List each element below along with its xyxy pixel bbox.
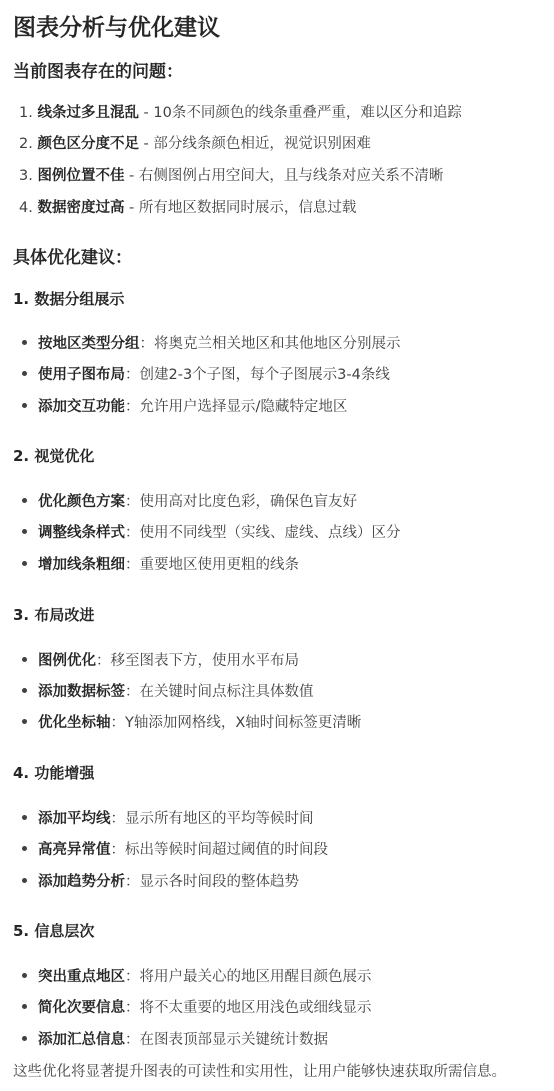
suggestion-title: 添加趋势分析 [38, 874, 125, 890]
suggestion-title: 使用子图布局 [38, 367, 125, 383]
suggestion-desc: ：将奥克兰相关地区和其他地区分别展示 [140, 336, 401, 352]
problem-desc: - 右侧图例占用空间大，且与线条对应关系不清晰 [124, 168, 443, 184]
problem-item: 4. 数据密度过高 - 所有地区数据同时展示，信息过载 [19, 197, 356, 219]
suggestion-desc: ：在图表顶部显示关键统计数据 [125, 1032, 328, 1048]
section-heading: 3. 布局改进 [13, 604, 94, 626]
suggestion-item: 添加数据标签：在关键时间点标注具体数值 [19, 681, 314, 703]
closing-paragraph: 这些优化将显著提升图表的可读性和实用性，让用户能够快速获取所需信息。 [13, 1061, 506, 1083]
section-heading: 1. 数据分组展示 [13, 288, 124, 310]
problem-title: 数据密度过高 [37, 200, 124, 216]
suggestion-item: 添加趋势分析：显示各时间段的整体趋势 [19, 871, 299, 893]
suggestion-desc: ：创建2-3个子图，每个子图展示3-4条线 [125, 367, 390, 383]
bullet-icon [22, 340, 27, 345]
suggestion-item: 使用子图布局：创建2-3个子图，每个子图展示3-4条线 [19, 364, 390, 386]
suggestion-item: 按地区类型分组：将奥克兰相关地区和其他地区分别展示 [19, 333, 401, 355]
bullet-icon [22, 561, 27, 566]
suggestion-title: 调整线条样式 [38, 525, 125, 541]
section-heading: 4. 功能增强 [13, 762, 94, 784]
bullet-icon [22, 815, 27, 820]
suggestion-title: 优化坐标轴 [38, 715, 111, 731]
suggestion-desc: ：Y轴添加网格线，X轴时间标签更清晰 [111, 715, 362, 731]
bullet-icon [22, 719, 27, 724]
suggestion-item: 调整线条样式：使用不同线型（实线、虚线、点线）区分 [19, 522, 401, 544]
suggestion-title: 添加汇总信息 [38, 1032, 125, 1048]
problems-heading: 当前图表存在的问题： [13, 60, 183, 84]
suggestion-desc: ：使用高对比度色彩，确保色盲友好 [125, 494, 357, 510]
suggestion-item: 简化次要信息：将不太重要的地区用浅色或细线显示 [19, 997, 372, 1019]
suggestion-desc: ：标出等候时间超过阈值的时间段 [111, 842, 329, 858]
bullet-icon [22, 688, 27, 693]
suggestion-title: 图例优化 [38, 653, 96, 669]
bullet-icon [22, 1004, 27, 1009]
bullet-icon [22, 403, 27, 408]
bullet-icon [22, 657, 27, 662]
list-number: 4. [19, 200, 33, 216]
problem-desc: - 10条不同颜色的线条重叠严重，难以区分和追踪 [139, 105, 462, 121]
bullet-icon [22, 878, 27, 883]
suggestion-item: 添加交互功能：允许用户选择显示/隐藏特定地区 [19, 396, 347, 418]
bullet-icon [22, 498, 27, 503]
suggestion-item: 优化坐标轴：Y轴添加网格线，X轴时间标签更清晰 [19, 712, 361, 734]
suggestion-item: 高亮异常值：标出等候时间超过阈值的时间段 [19, 839, 328, 861]
problem-title: 颜色区分度不足 [37, 136, 139, 152]
list-number: 1. [19, 105, 33, 121]
suggestion-desc: ：将用户最关心的地区用醒目颜色展示 [125, 969, 372, 985]
suggestion-title: 按地区类型分组 [38, 336, 140, 352]
problem-item: 3. 图例位置不佳 - 右侧图例占用空间大，且与线条对应关系不清晰 [19, 165, 443, 187]
suggestion-title: 增加线条粗细 [38, 557, 125, 573]
suggestion-desc: ：重要地区使用更粗的线条 [125, 557, 299, 573]
suggestion-desc: ：在关键时间点标注具体数值 [125, 684, 314, 700]
bullet-icon [22, 1036, 27, 1041]
suggestion-title: 优化颜色方案 [38, 494, 125, 510]
suggestion-desc: ：使用不同线型（实线、虚线、点线）区分 [125, 525, 401, 541]
problem-title: 图例位置不佳 [37, 168, 124, 184]
suggestion-desc: ：允许用户选择显示/隐藏特定地区 [125, 399, 347, 415]
problem-item: 2. 颜色区分度不足 - 部分线条颜色相近，视觉识别困难 [19, 133, 371, 155]
problem-title: 线条过多且混乱 [37, 105, 139, 121]
suggestion-item: 突出重点地区：将用户最关心的地区用醒目颜色展示 [19, 966, 372, 988]
suggestion-title: 添加交互功能 [38, 399, 125, 415]
problem-desc: - 部分线条颜色相近，视觉识别困难 [139, 136, 371, 152]
suggestion-desc: ：显示各时间段的整体趋势 [125, 874, 299, 890]
suggestion-title: 突出重点地区 [38, 969, 125, 985]
section-heading: 2. 视觉优化 [13, 445, 94, 467]
list-number: 3. [19, 168, 33, 184]
section-heading: 5. 信息层次 [13, 920, 94, 942]
suggestion-title: 高亮异常值 [38, 842, 111, 858]
suggestion-desc: ：将不太重要的地区用浅色或细线显示 [125, 1000, 372, 1016]
bullet-icon [22, 973, 27, 978]
suggestion-item: 添加平均线：显示所有地区的平均等候时间 [19, 808, 314, 830]
suggestion-item: 添加汇总信息：在图表顶部显示关键统计数据 [19, 1029, 328, 1051]
suggestion-title: 简化次要信息 [38, 1000, 125, 1016]
suggestion-item: 图例优化：移至图表下方，使用水平布局 [19, 650, 299, 672]
bullet-icon [22, 846, 27, 851]
suggestion-item: 增加线条粗细：重要地区使用更粗的线条 [19, 554, 299, 576]
suggestions-heading: 具体优化建议： [13, 246, 132, 270]
problem-desc: - 所有地区数据同时展示，信息过载 [124, 200, 356, 216]
suggestion-title: 添加数据标签 [38, 684, 125, 700]
suggestion-desc: ：移至图表下方，使用水平布局 [96, 653, 299, 669]
problem-item: 1. 线条过多且混乱 - 10条不同颜色的线条重叠严重，难以区分和追踪 [19, 102, 462, 124]
bullet-icon [22, 371, 27, 376]
page-title: 图表分析与优化建议 [13, 13, 220, 43]
suggestion-desc: ：显示所有地区的平均等候时间 [111, 811, 314, 827]
bullet-icon [22, 529, 27, 534]
list-number: 2. [19, 136, 33, 152]
suggestion-item: 优化颜色方案：使用高对比度色彩，确保色盲友好 [19, 491, 357, 513]
suggestion-title: 添加平均线 [38, 811, 111, 827]
